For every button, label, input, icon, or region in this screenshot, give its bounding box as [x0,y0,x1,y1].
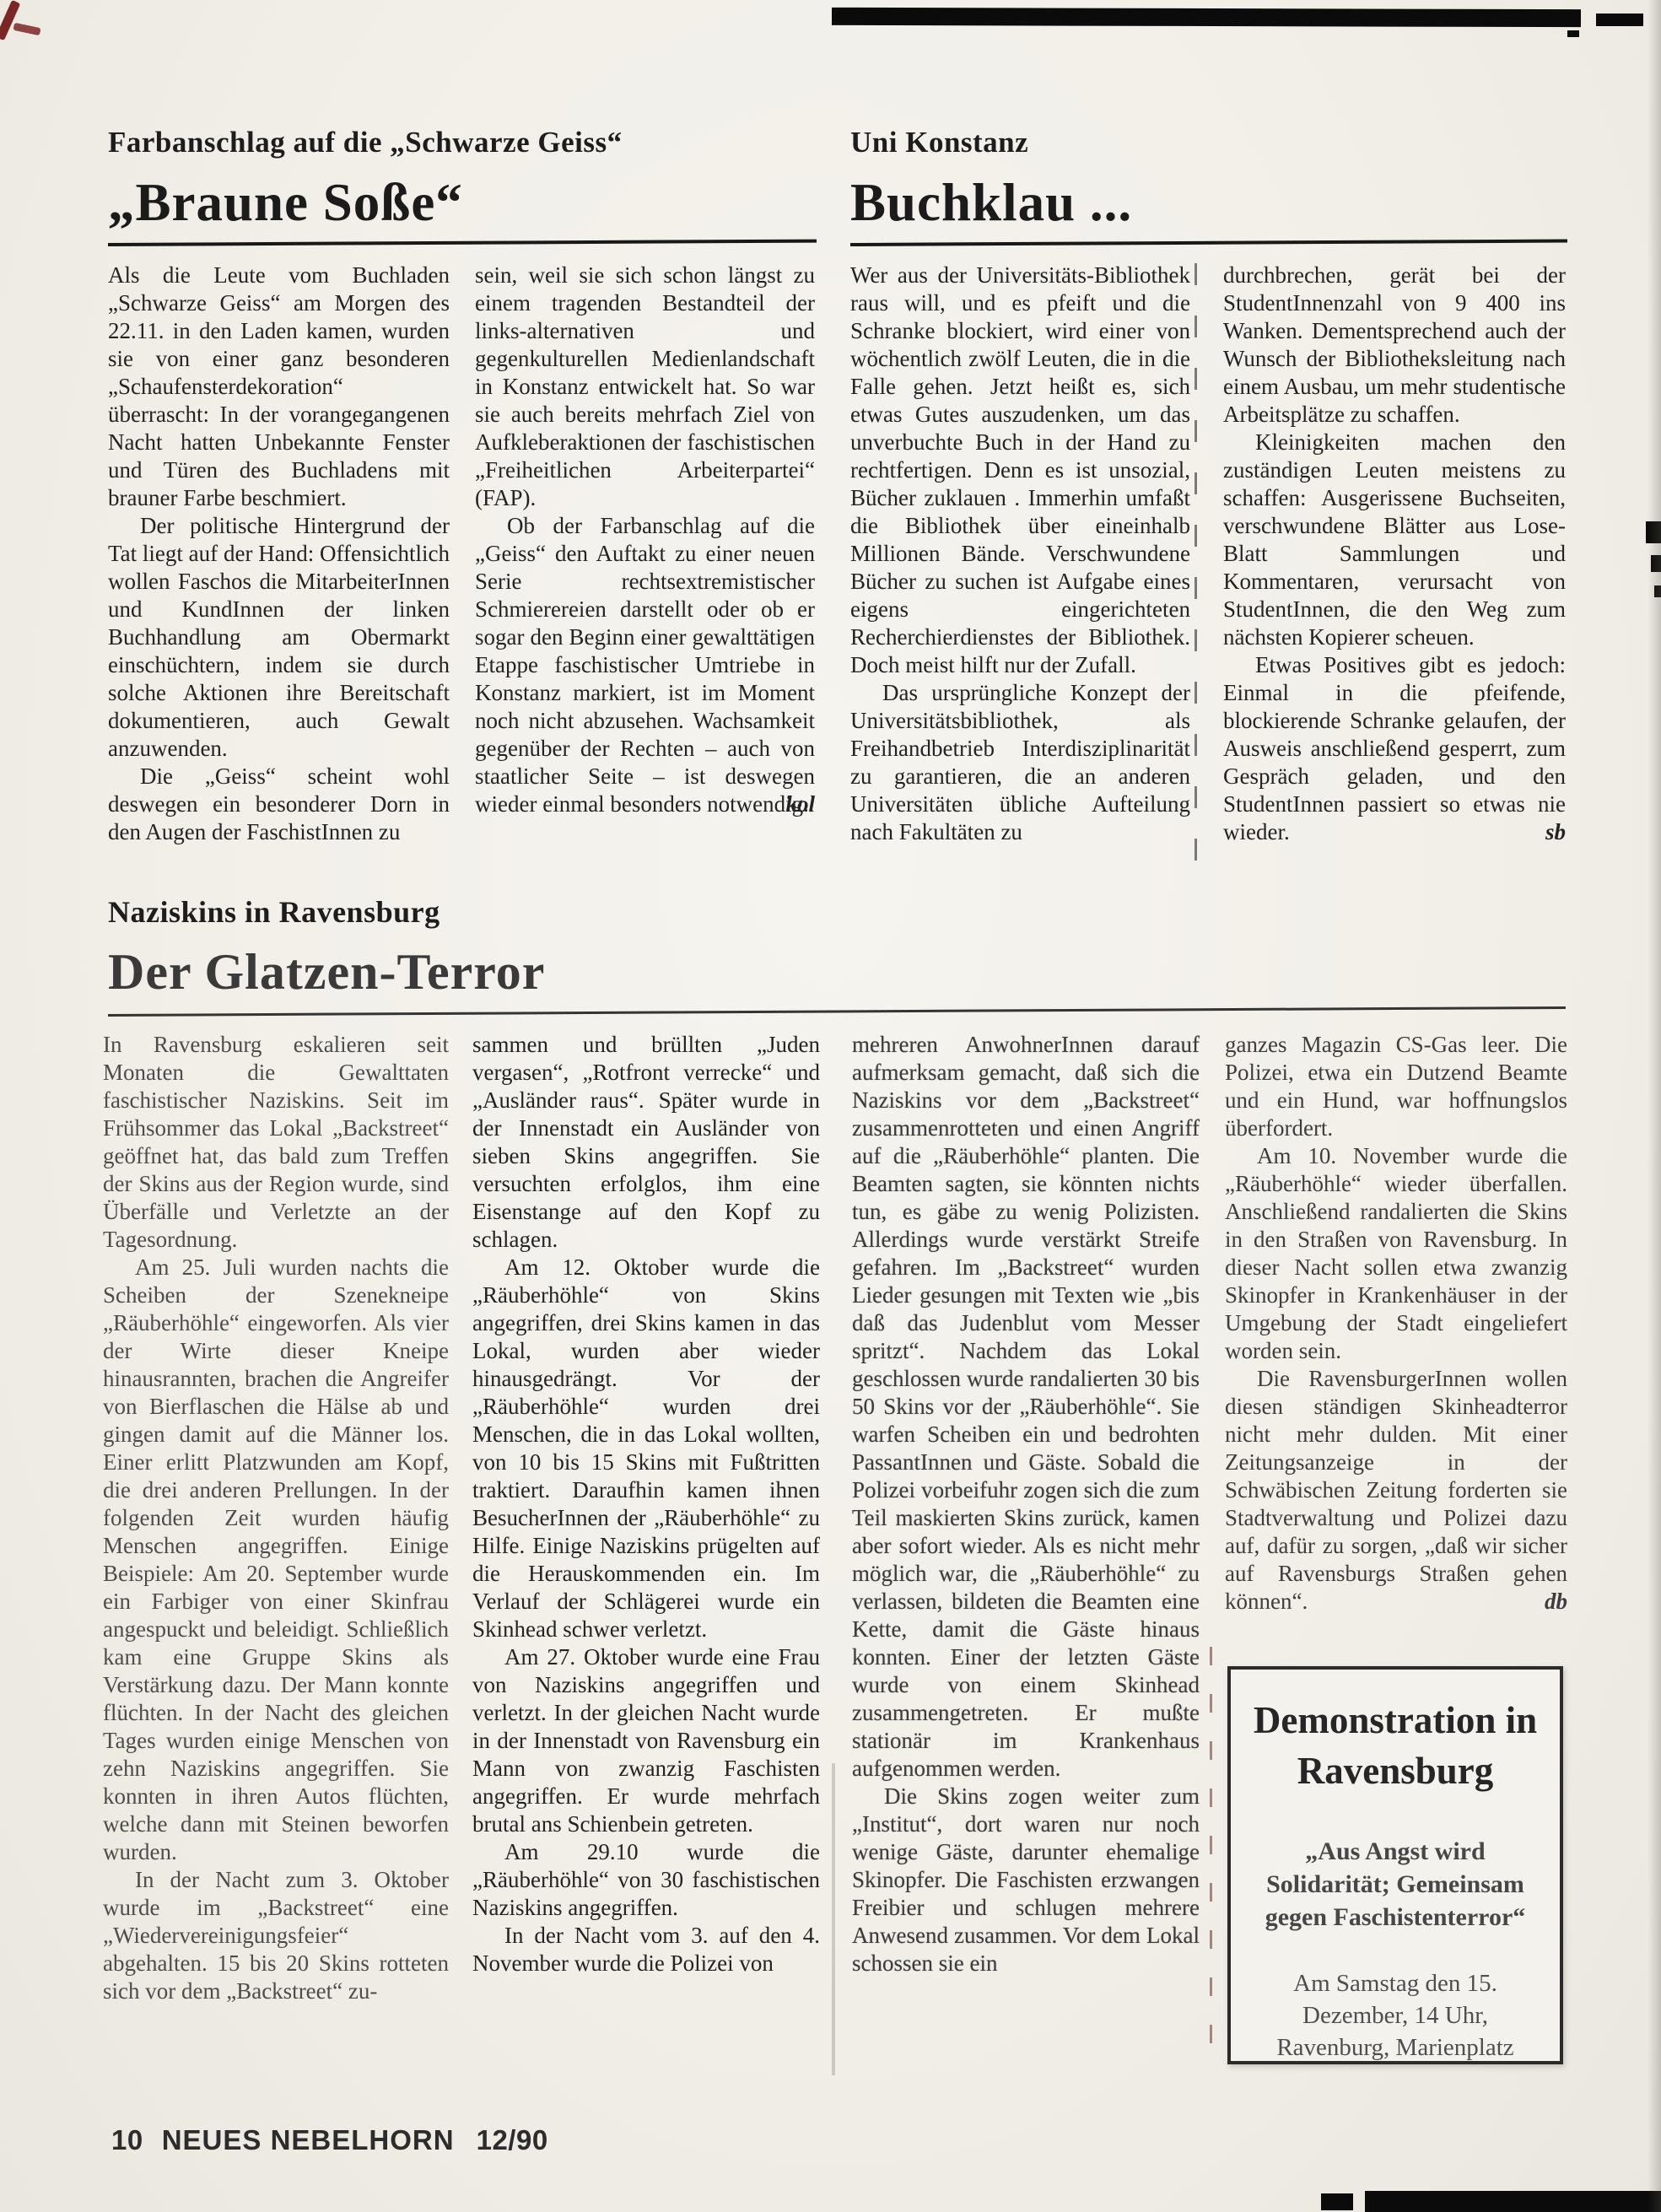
article-headline: „Braune Soße“ [108,172,817,233]
page-footer: 10 NEUES NEBELHORN 12/90 [111,2124,548,2156]
article-column: sein, weil sie sich schon längst zu eine… [475,262,815,818]
article-kicker: Farbanschlag auf die „Schwarze Geiss“ [108,125,817,160]
article-paragraph: Am 29.10 wurde die „Räuberhöhle“ von 30 … [472,1838,820,1922]
headline-rule [108,240,817,246]
article-headline: Der Glatzen-Terror [108,941,1566,1002]
article-paragraph: Der politische Hintergrund der Tat liegt… [108,512,450,763]
demo-box-title-line1: Demonstration in [1251,1695,1540,1745]
article-head-glatzen-terror: Naziskins in Ravensburg Der Glatzen-Terr… [108,894,1566,1017]
article-paragraph: sammen und brüllten „Juden vergasen“, „R… [472,1031,820,1254]
article-paragraph: Ob der Farbanschlag auf die „Geiss“ den … [475,512,815,818]
demo-box-title-line2: Ravensburg [1251,1745,1540,1796]
article-paragraph: Am 25. Juli wurden nachts die Scheiben d… [103,1254,449,1866]
article-paragraph: mehreren AnwohnerInnen darauf aufmerksam… [852,1031,1200,1783]
article-kicker: Uni Konstanz [850,125,1567,160]
article-paragraph: In der Nacht vom 3. auf den 4. November … [472,1922,820,1977]
red-pen-mark [0,0,20,40]
demo-box-title: Demonstration in Ravensburg [1251,1695,1540,1796]
page-number: 10 [111,2124,143,2156]
article-paragraph: Die „Geiss“ scheint wohl deswegen ein be… [108,763,450,846]
article-paragraph: Am 10. November wurde die „Räuberhöhle“ … [1225,1142,1567,1365]
article-paragraph: Das ursprüngliche Konzept der Universitä… [850,679,1190,846]
article-column: Als die Leute vom Buchladen „Schwarze Ge… [108,262,450,846]
newspaper-page: Farbanschlag auf die „Schwarze Geiss“ „B… [0,0,1661,2212]
article-paragraph: Die Skins zogen weiter zum „Institut“, d… [852,1783,1200,1977]
headline-rule [108,1006,1566,1017]
article-kicker: Naziskins in Ravensburg [108,894,1566,930]
article-headline: Buchklau ... [850,172,1567,233]
scan-fold-line [1210,1647,1212,2043]
article-paragraph: Etwas Positives gibt es jedoch: Einmal i… [1223,651,1566,846]
article-paragraph: Kleinigkeiten machen den zuständigen Leu… [1223,429,1566,651]
article-paragraph: Die RavensburgerInnen wollen diesen stän… [1225,1365,1567,1616]
article-head-buchklau: Uni Konstanz Buchklau ... [850,125,1567,246]
article-column: sammen und brüllten „Juden vergasen“, „R… [472,1031,820,1977]
scan-edge-shadow [1648,0,1661,2212]
article-paragraph: durchbrechen, gerät bei der StudentInnen… [1223,262,1566,429]
issue-number: 12/90 [477,2124,548,2156]
article-paragraph: Am 12. Oktober wurde die „Räuberhöhle“ v… [472,1254,820,1643]
demo-box-details: Am Samstag den 15. Dezember, 14 Uhr, Rav… [1251,1967,1540,2064]
article-head-braune-sosse: Farbanschlag auf die „Schwarze Geiss“ „B… [108,125,817,246]
scan-mark-top-bar-short [1596,13,1643,26]
article-paragraph: In Ravensburg eskalieren seit Monaten di… [103,1031,449,1254]
article-paragraph: Am 27. Oktober wurde eine Frau von Nazis… [472,1643,820,1838]
scan-mark-top-bar [832,8,1581,27]
demo-announcement-box: Demonstration in Ravensburg „Aus Angst w… [1227,1666,1563,2064]
scan-fold-line [1195,263,1197,887]
article-paragraph: Wer aus der Universitäts-Bibliothek raus… [850,262,1190,679]
article-column: ganzes Magazin CS-Gas leer. Die Polizei,… [1225,1031,1567,1616]
article-paragraph: sein, weil sie sich schon längst zu eine… [475,262,815,512]
magazine-title: NEUES NEBELHORN [162,2124,455,2156]
scan-fold-line [832,1763,835,2075]
scan-mark-bottom-bar [1365,2191,1661,2212]
headline-rule [850,240,1567,246]
red-pen-mark [13,23,40,35]
demo-box-quote: „Aus Angst wird Solidarität; Gemeinsam g… [1251,1835,1540,1934]
article-column: Wer aus der Universitäts-Bibliothek raus… [850,262,1190,846]
article-paragraph: ganzes Magazin CS-Gas leer. Die Polizei,… [1225,1031,1567,1142]
article-paragraph: In der Nacht zum 3. Oktober wurde im „Ba… [103,1866,449,2005]
article-column: In Ravensburg eskalieren seit Monaten di… [103,1031,449,2005]
article-column: mehreren AnwohnerInnen darauf aufmerksam… [852,1031,1200,1977]
scan-mark-top-dot [1567,30,1579,37]
scan-mark-bottom-square [1321,2193,1353,2210]
article-paragraph: Als die Leute vom Buchladen „Schwarze Ge… [108,262,450,512]
article-column: durchbrechen, gerät bei der StudentInnen… [1223,262,1566,846]
